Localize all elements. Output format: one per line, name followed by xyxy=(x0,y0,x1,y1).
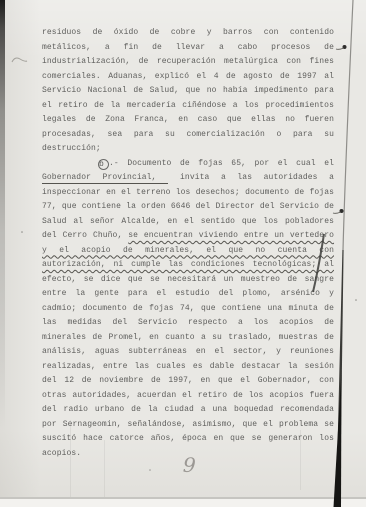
document-line: y el acopio de minerales, el que no cuen… xyxy=(42,244,334,259)
document-line: procesadas, sea para su comercialización… xyxy=(42,128,334,143)
document-line: industrialización, de recuperación metal… xyxy=(42,55,334,70)
document-line: las medidas del Servicio respecto a los … xyxy=(42,316,334,331)
wavy-underlined-text: autorización, ni cumple las condiciones … xyxy=(42,260,334,269)
document-line: legales de Zona Franca, en caso que ella… xyxy=(42,113,334,128)
document-line: del 12 de noviembre de 1997, en que el G… xyxy=(42,374,334,389)
document-line-item-b: b.- Documento de fojas 65, por el cual e… xyxy=(42,157,334,172)
document-line: 77, que contiene la orden 6646 del Direc… xyxy=(42,200,334,215)
document-line: comerciales. Aduanas, explicó el 4 de ag… xyxy=(42,70,334,85)
scanned-document-page: { "colors": { "paper": "#e9e8e4", "ink":… xyxy=(0,0,366,507)
document-line: metálicos, a fin de llevar a cabo proces… xyxy=(42,41,334,56)
document-line: autorización, ni cumple las condiciones … xyxy=(42,258,334,273)
wavy-underlined-text: se encuentran viviendo entre un verteder… xyxy=(128,231,334,240)
circled-marker-b: b xyxy=(98,159,109,170)
document-line: minerales de Promel, en cuanto a su tras… xyxy=(42,331,334,346)
left-scan-edge-shadow xyxy=(0,0,5,507)
document-line: Salud al señor Alcalde, en el sentido qu… xyxy=(42,215,334,230)
document-line: del Cerro Chuño, se encuentran viviendo … xyxy=(42,229,334,244)
bottom-page-edge xyxy=(0,497,366,507)
line-text: .- Documento de fojas 65, por el cual el xyxy=(109,159,334,168)
document-line: del radio urbano de la ciudad a una boqu… xyxy=(42,403,334,418)
document-line: entre la gente para el estudio del plomo… xyxy=(42,287,334,302)
document-line: el retiro de la mercadería ciñéndose a l… xyxy=(42,99,334,114)
document-line: efecto, se dice que se necesitará un mue… xyxy=(42,273,334,288)
document-line: análisis, aguas subterráneas en el secto… xyxy=(42,345,334,360)
underlined-text: Gobernador Provincial, xyxy=(42,173,168,184)
typewritten-text-column: residuos de óxido de cobre y barros con … xyxy=(42,26,334,461)
line-text: del Cerro Chuño, xyxy=(42,231,122,240)
document-line: inspeccionar en el terreno los desechos;… xyxy=(42,186,334,201)
document-line: Servicio Nacional de Salud, que no había… xyxy=(42,84,334,99)
document-line: residuos de óxido de cobre y barros con … xyxy=(42,26,334,41)
document-line: cadmio; documento de fojas 74, que conti… xyxy=(42,302,334,317)
line-text: invita a las autoridades a xyxy=(180,173,334,182)
document-line: otras autoridades, acuerdan el retiro de… xyxy=(42,389,334,404)
document-line: Gobernador Provincial, invita a las auto… xyxy=(42,171,334,186)
wavy-underlined-text: y el acopio de minerales, el que no cuen… xyxy=(42,246,334,255)
document-line: por Sernageomin, señalándose, asimismo, … xyxy=(42,418,334,433)
document-line: destrucción; xyxy=(42,142,334,157)
handwritten-page-number: 9 xyxy=(182,453,196,478)
document-line: realizadas, entre las cuales es dable de… xyxy=(42,360,334,375)
document-line: suscitó hace catorce años, época en que … xyxy=(42,432,334,447)
